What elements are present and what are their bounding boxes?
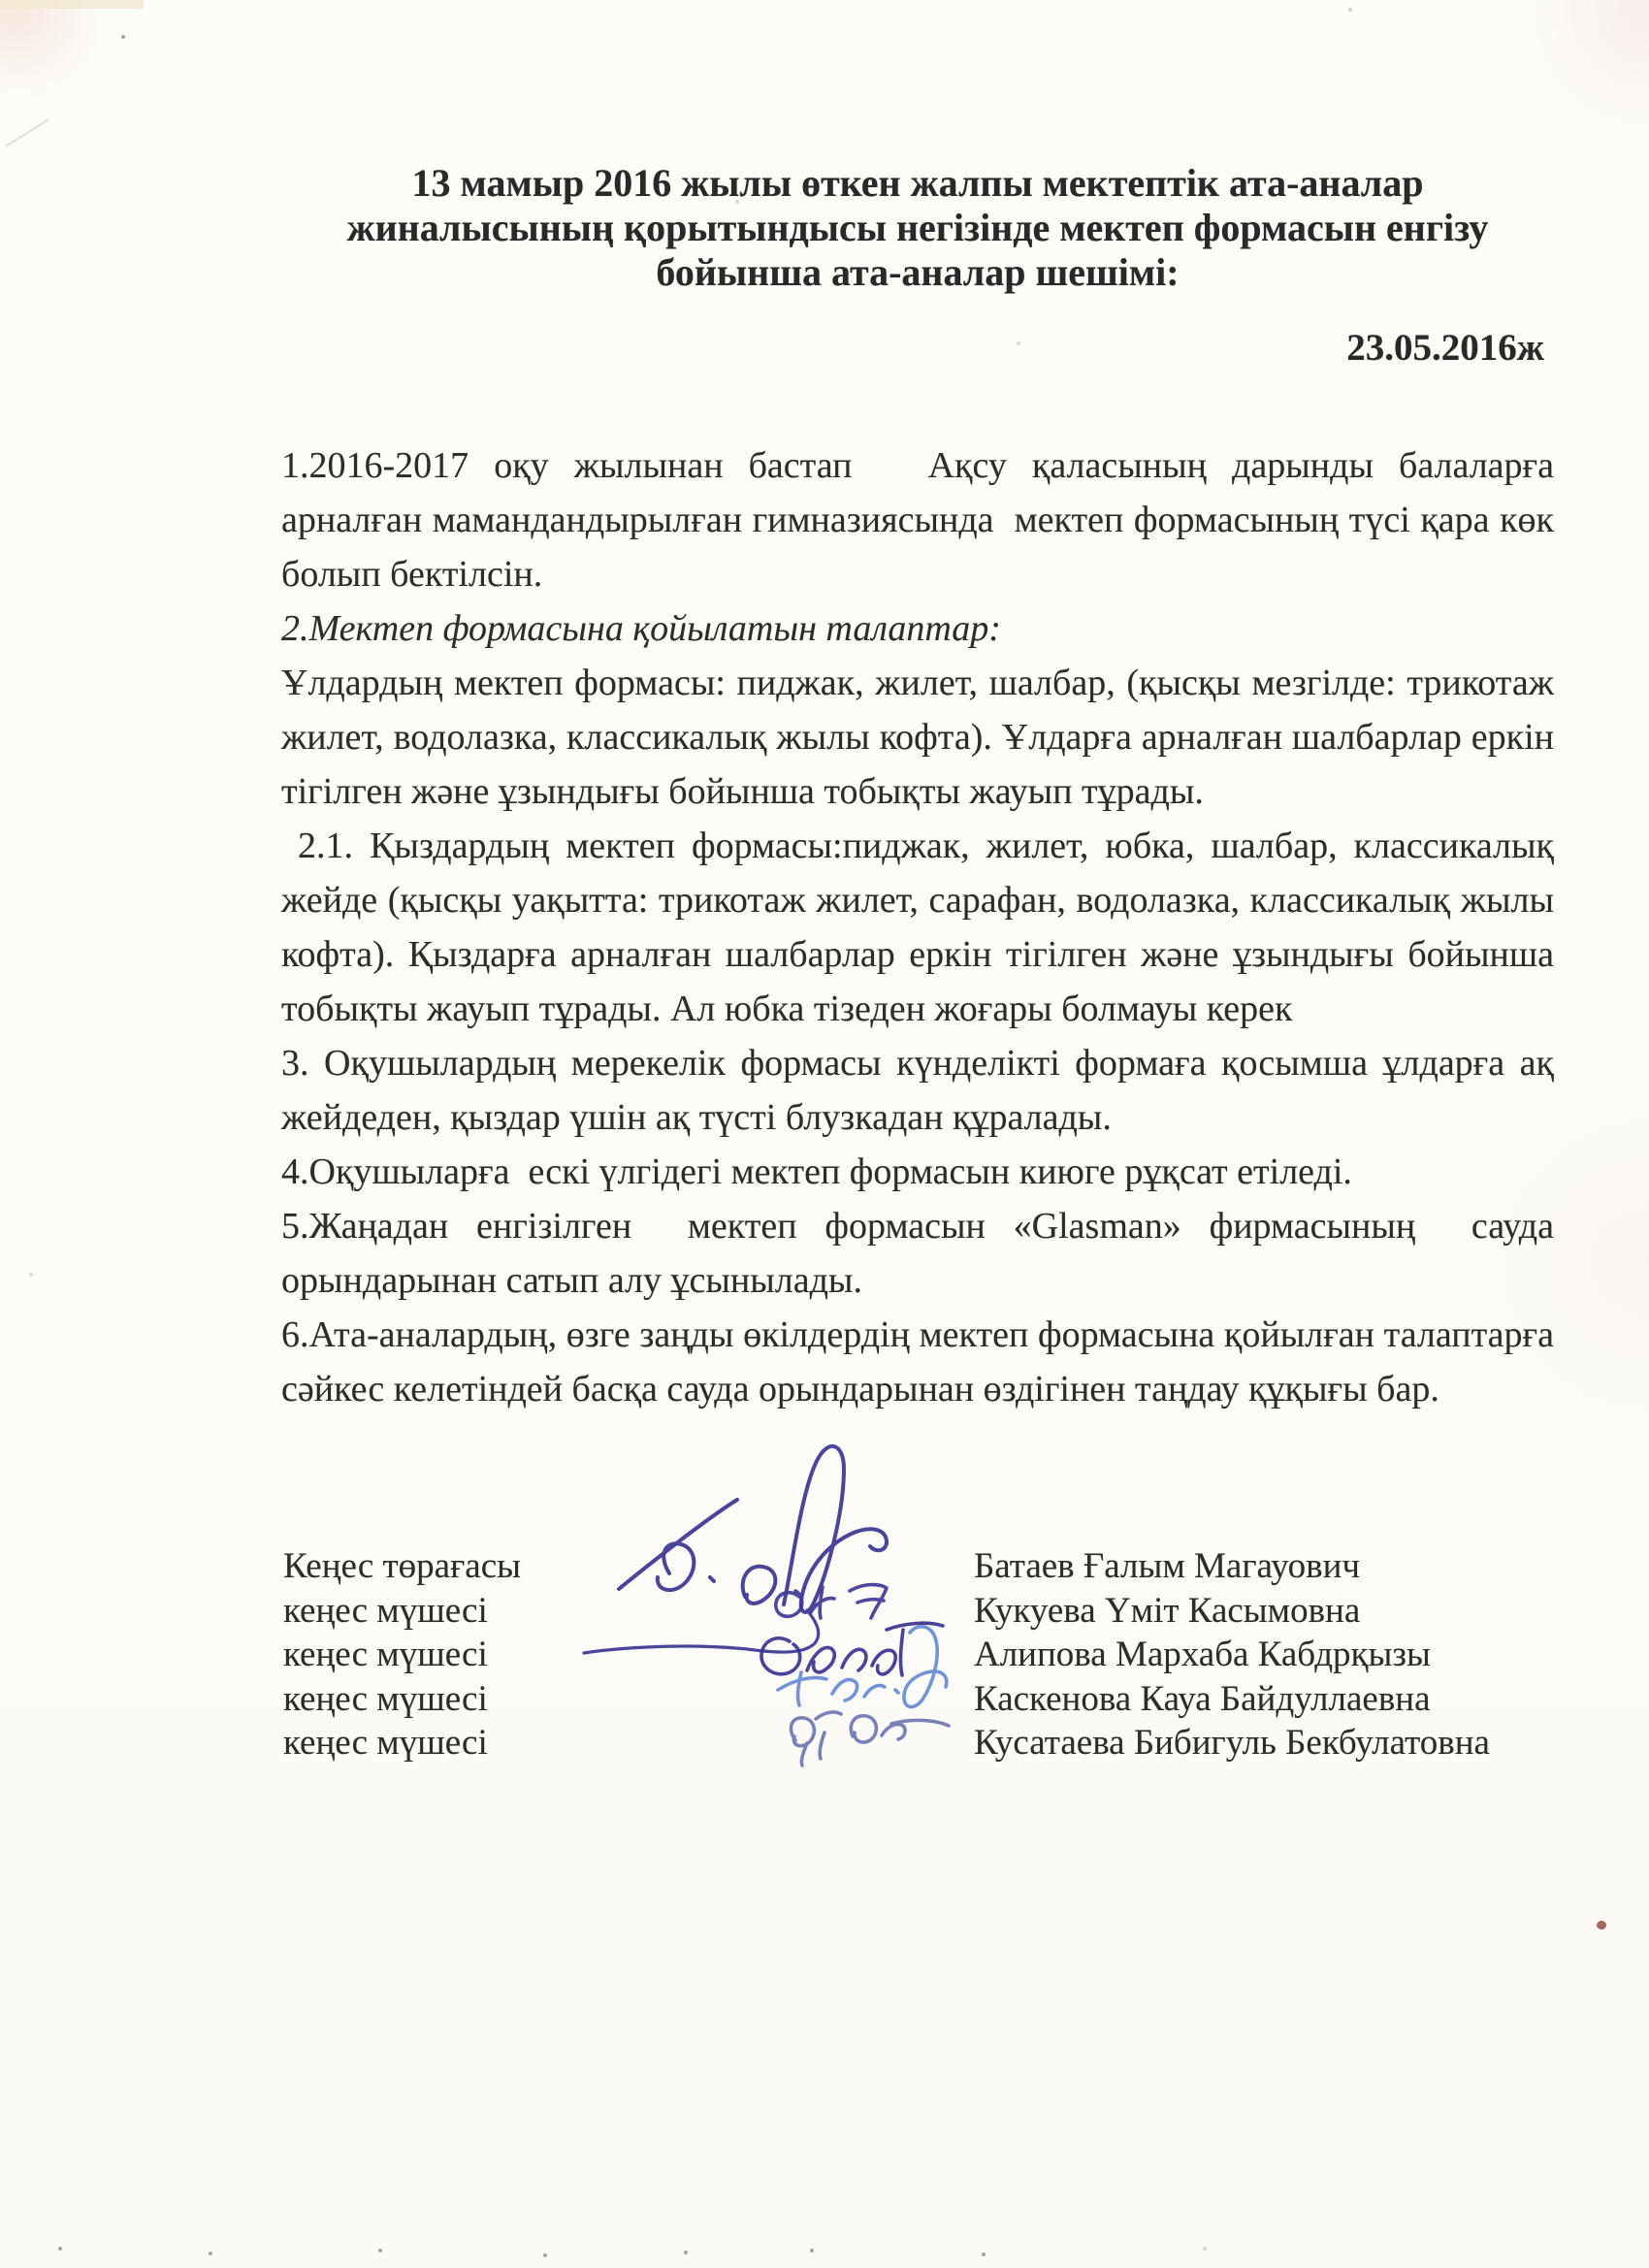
signature-stroke-member-2 [761, 1623, 943, 1675]
title-line-2: жиналысының қорытындысы негізінде мектеп… [281, 206, 1554, 250]
title-line-3: бойынша ата-аналар шешімі: [281, 250, 1554, 295]
paragraph-6: 4.Оқушыларға ескі үлгідегі мектеп формас… [281, 1145, 1554, 1199]
scan-artifact-corner [0, 0, 144, 9]
signature-stroke-member-1 [776, 1585, 887, 1618]
scan-speck [29, 1273, 33, 1277]
signature-stroke-member-4 [791, 1712, 949, 1766]
paragraph-4: 2.1. Қыздардың мектеп формасы:пиджак, жи… [281, 819, 1554, 1036]
signatory-name: Кукуева Үміт Касымовна [974, 1589, 1602, 1634]
scanned-document-page: 13 мамыр 2016 жылы өткен жалпы мектептік… [0, 0, 1649, 2268]
document-date: 23.05.2016ж [281, 326, 1544, 370]
scan-speck [378, 2249, 382, 2252]
scan-speck [684, 2251, 688, 2254]
paragraph-2: 2.Мектеп формасына қойылатын талаптар: [281, 601, 1554, 656]
signatory-name: Кусатаева Бибигуль Бекбулатовна [974, 1721, 1602, 1766]
document-title: 13 мамыр 2016 жылы өткен жалпы мектептік… [281, 161, 1554, 295]
scan-speck [58, 2247, 62, 2251]
paragraph-5: 3. Оқушылардың мерекелік формасы күнделі… [281, 1036, 1554, 1145]
handwritten-signatures-ink [369, 1397, 970, 1814]
document-body: 1.2016-2017 оқу жылынан бастап Ақсу қала… [281, 438, 1554, 1416]
scan-speck [810, 2249, 814, 2252]
scan-speck [982, 2252, 986, 2256]
title-line-1: 13 мамыр 2016 жылы өткен жалпы мектептік… [281, 161, 1554, 206]
paragraph-1: 1.2016-2017 оқу жылынан бастап Ақсу қала… [281, 438, 1554, 601]
scan-speck [1348, 8, 1352, 12]
paragraph-7: 5.Жаңадан енгізілген мектеп формасын «Gl… [281, 1199, 1554, 1308]
scan-speck [209, 2252, 212, 2255]
signatory-name: Алипова Мархаба Кабдрқызы [974, 1633, 1602, 1677]
scan-speck [121, 35, 125, 39]
scan-speck [1203, 2247, 1207, 2251]
signature-stroke-chairman [584, 1446, 887, 1653]
signatory-name: Каскенова Кауа Байдуллаевна [974, 1677, 1602, 1722]
scan-artifact-line [5, 118, 48, 146]
scan-speck [1597, 1921, 1606, 1929]
scan-speck [543, 2253, 547, 2257]
signatory-name: Батаев Ғалым Магауович [974, 1544, 1602, 1589]
paragraph-3: Ұлдардың мектеп формасы: пиджак, жилет, … [281, 656, 1554, 819]
